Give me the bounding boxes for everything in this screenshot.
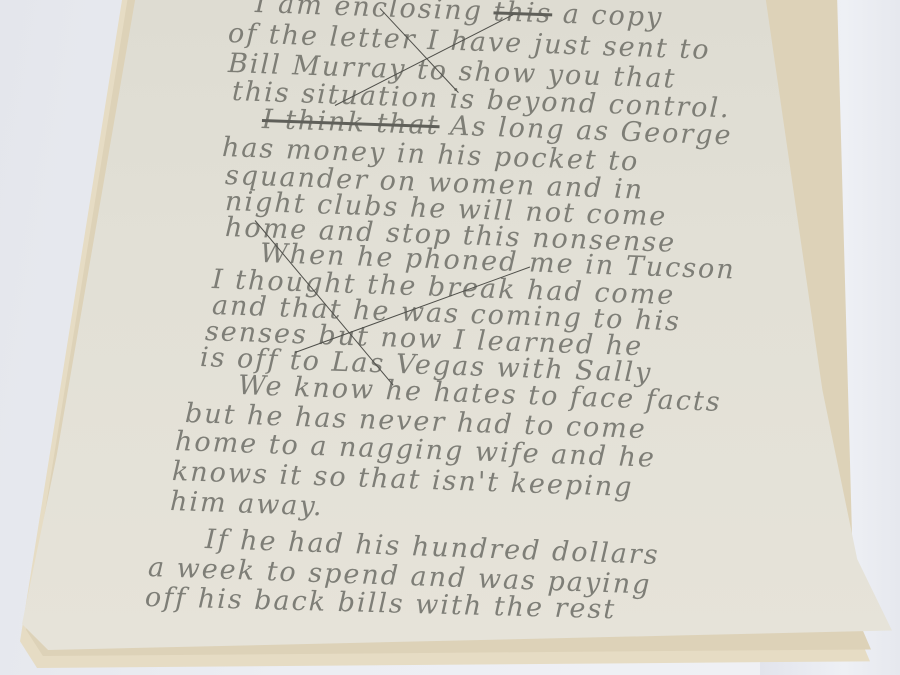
letter-line: him away.	[169, 486, 324, 522]
letter-text: I am enclosing this a copy of the letter…	[0, 0, 900, 675]
